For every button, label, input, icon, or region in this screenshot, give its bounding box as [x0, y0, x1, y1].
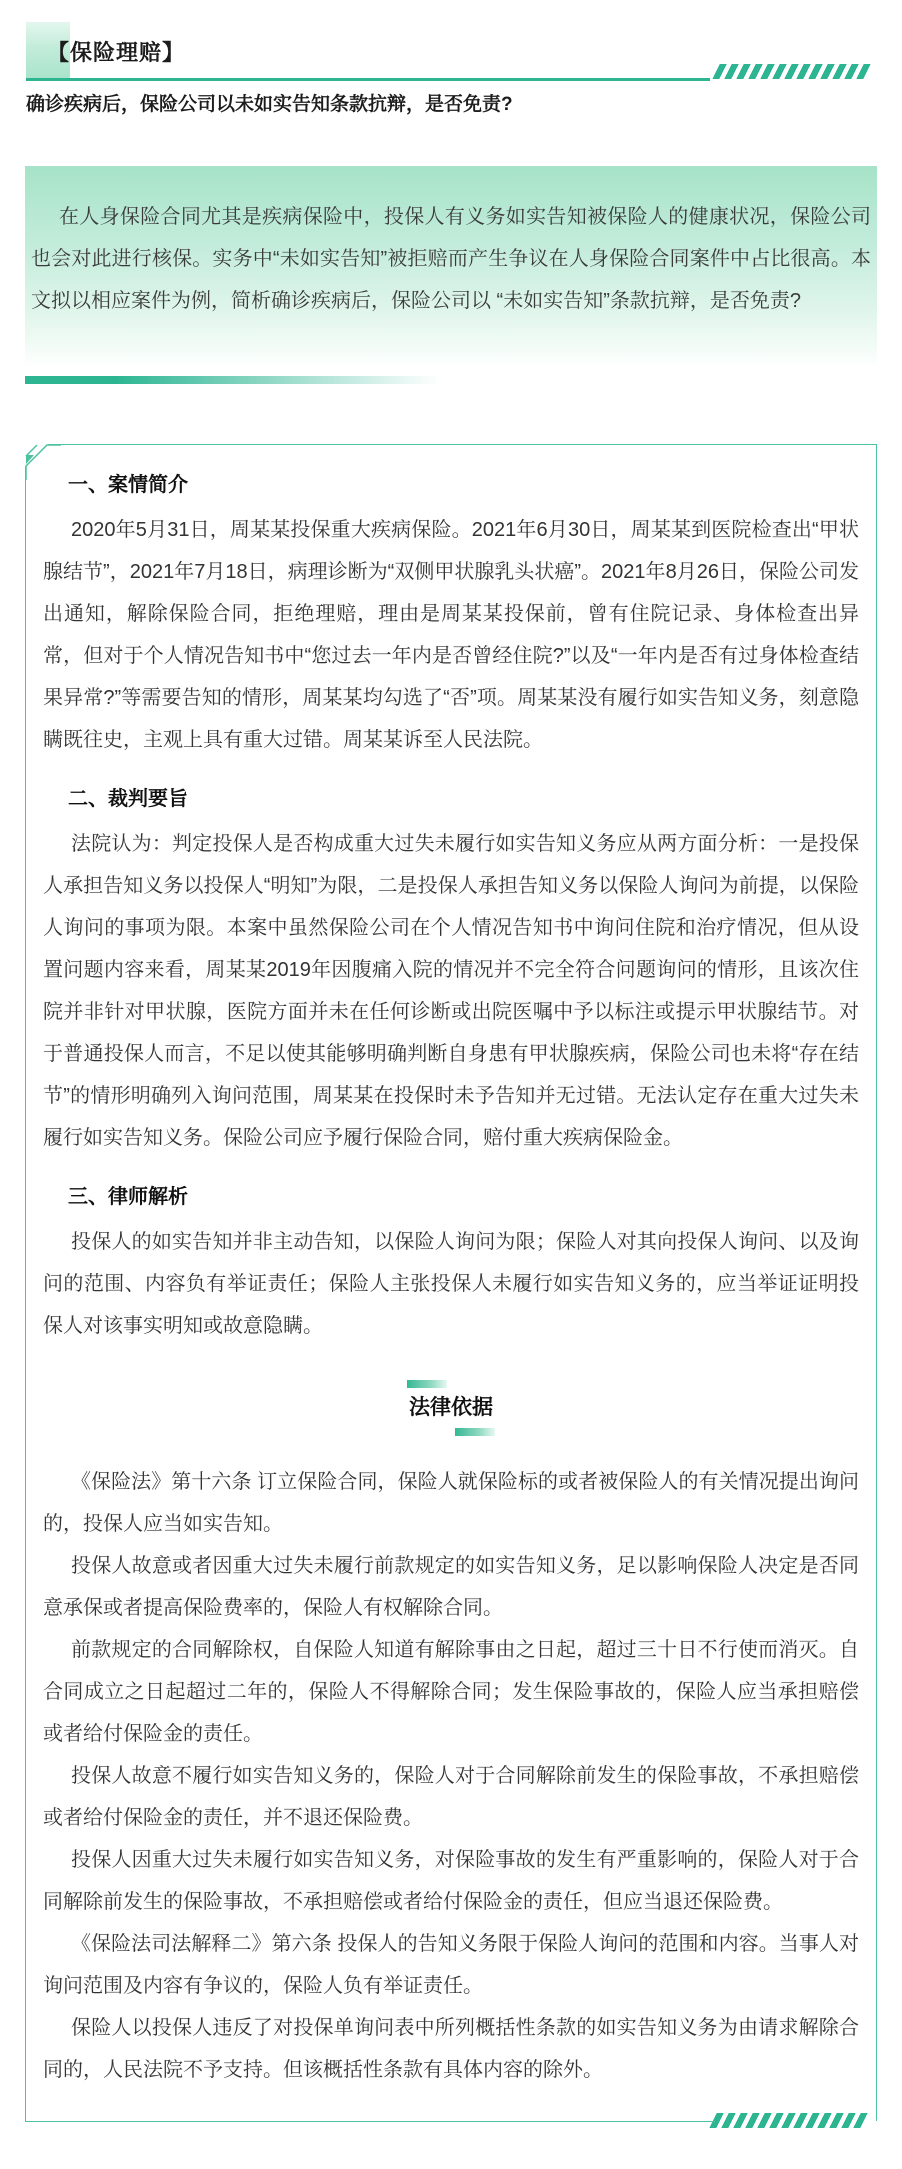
section-heading: 一、案情简介: [43, 471, 859, 499]
article-title: 确诊疾病后，保险公司以未如实告知条款抗辩，是否免责?: [26, 92, 513, 118]
section-judgment-gist: 二、裁判要旨 法院认为：判定投保人是否构成重大过失未履行如实告知义务应从两方面分…: [43, 785, 859, 1159]
intro-card: 在人身保险合同尤其是疾病保险中，投保人有义务如实告知被保险人的健康状况，保险公司…: [25, 166, 877, 366]
law-paragraph: 投保人因重大过失未履行如实告知义务，对保险事故的发生有严重影响的，保险人对于合同…: [43, 1839, 859, 1923]
law-paragraph: 投保人故意不履行如实告知义务的，保险人对于合同解除前发生的保险事故，不承担赔偿或…: [43, 1755, 859, 1839]
law-paragraph: 《保险法司法解释二》第六条 投保人的告知义务限于保险人询问的范围和内容。当事人对…: [43, 1923, 859, 2007]
law-paragraph: 前款规定的合同解除权，自保险人知道有解除事由之日起，超过三十日不行使而消灭。自合…: [43, 1629, 859, 1755]
section-heading: 二、裁判要旨: [43, 785, 859, 813]
category-tag: 【保险理赔】: [47, 40, 185, 66]
section-lawyer-analysis: 三、律师解析 投保人的如实告知并非主动告知，以保险人询问为限；保险人对其向投保人…: [43, 1183, 859, 1347]
section-legal-basis: 法律依据 《保险法》第十六条 订立保险合同，保险人就保险标的或者被保险人的有关情…: [43, 1393, 859, 2091]
section-paragraph: 投保人的如实告知并非主动告知，以保险人询问为限；保险人对其向投保人询问、以及询问…: [43, 1221, 859, 1347]
legal-basis-heading: 法律依据: [409, 1393, 493, 1423]
law-paragraph: 《保险法》第十六条 订立保险合同，保险人就保险标的或者被保险人的有关情况提出询问…: [43, 1461, 859, 1545]
law-paragraph: 保险人以投保人违反了对投保单询问表中所列概括性条款的如实告知义务为由请求解除合同…: [43, 2007, 859, 2091]
intro-text: 在人身保险合同尤其是疾病保险中，投保人有义务如实告知被保险人的健康状况，保险公司…: [31, 196, 871, 322]
section-case-summary: 一、案情简介 2020年5月31日，周某某投保重大疾病保险。2021年6月30日…: [43, 471, 859, 761]
content-panel: 一、案情简介 2020年5月31日，周某某投保重大疾病保险。2021年6月30日…: [25, 444, 877, 2121]
corner-ornament-icon: [25, 444, 61, 480]
intro-fade-bar: [25, 376, 440, 384]
section-heading: 三、律师解析: [43, 1183, 859, 1211]
law-paragraph: 投保人故意或者因重大过失未履行前款规定的如实告知义务，足以影响保险人决定是否同意…: [43, 1545, 859, 1629]
article-header: 【保险理赔】 确诊疾病后，保险公司以未如实告知条款抗辩，是否免责?: [0, 0, 902, 166]
accent-bar-top: [407, 1380, 447, 1388]
article-page: 【保险理赔】 确诊疾病后，保险公司以未如实告知条款抗辩，是否免责? 在人身保险合…: [0, 0, 902, 2169]
section-paragraph: 2020年5月31日，周某某投保重大疾病保险。2021年6月30日，周某某到医院…: [43, 509, 859, 761]
legal-basis-header: 法律依据: [409, 1393, 493, 1423]
header-divider: [26, 78, 710, 81]
header-stripes-icon: [712, 64, 870, 79]
footer-stripes-icon: [709, 2113, 867, 2128]
accent-bar-bottom: [455, 1428, 495, 1436]
section-paragraph: 法院认为：判定投保人是否构成重大过失未履行如实告知义务应从两方面分析：一是投保人…: [43, 823, 859, 1159]
